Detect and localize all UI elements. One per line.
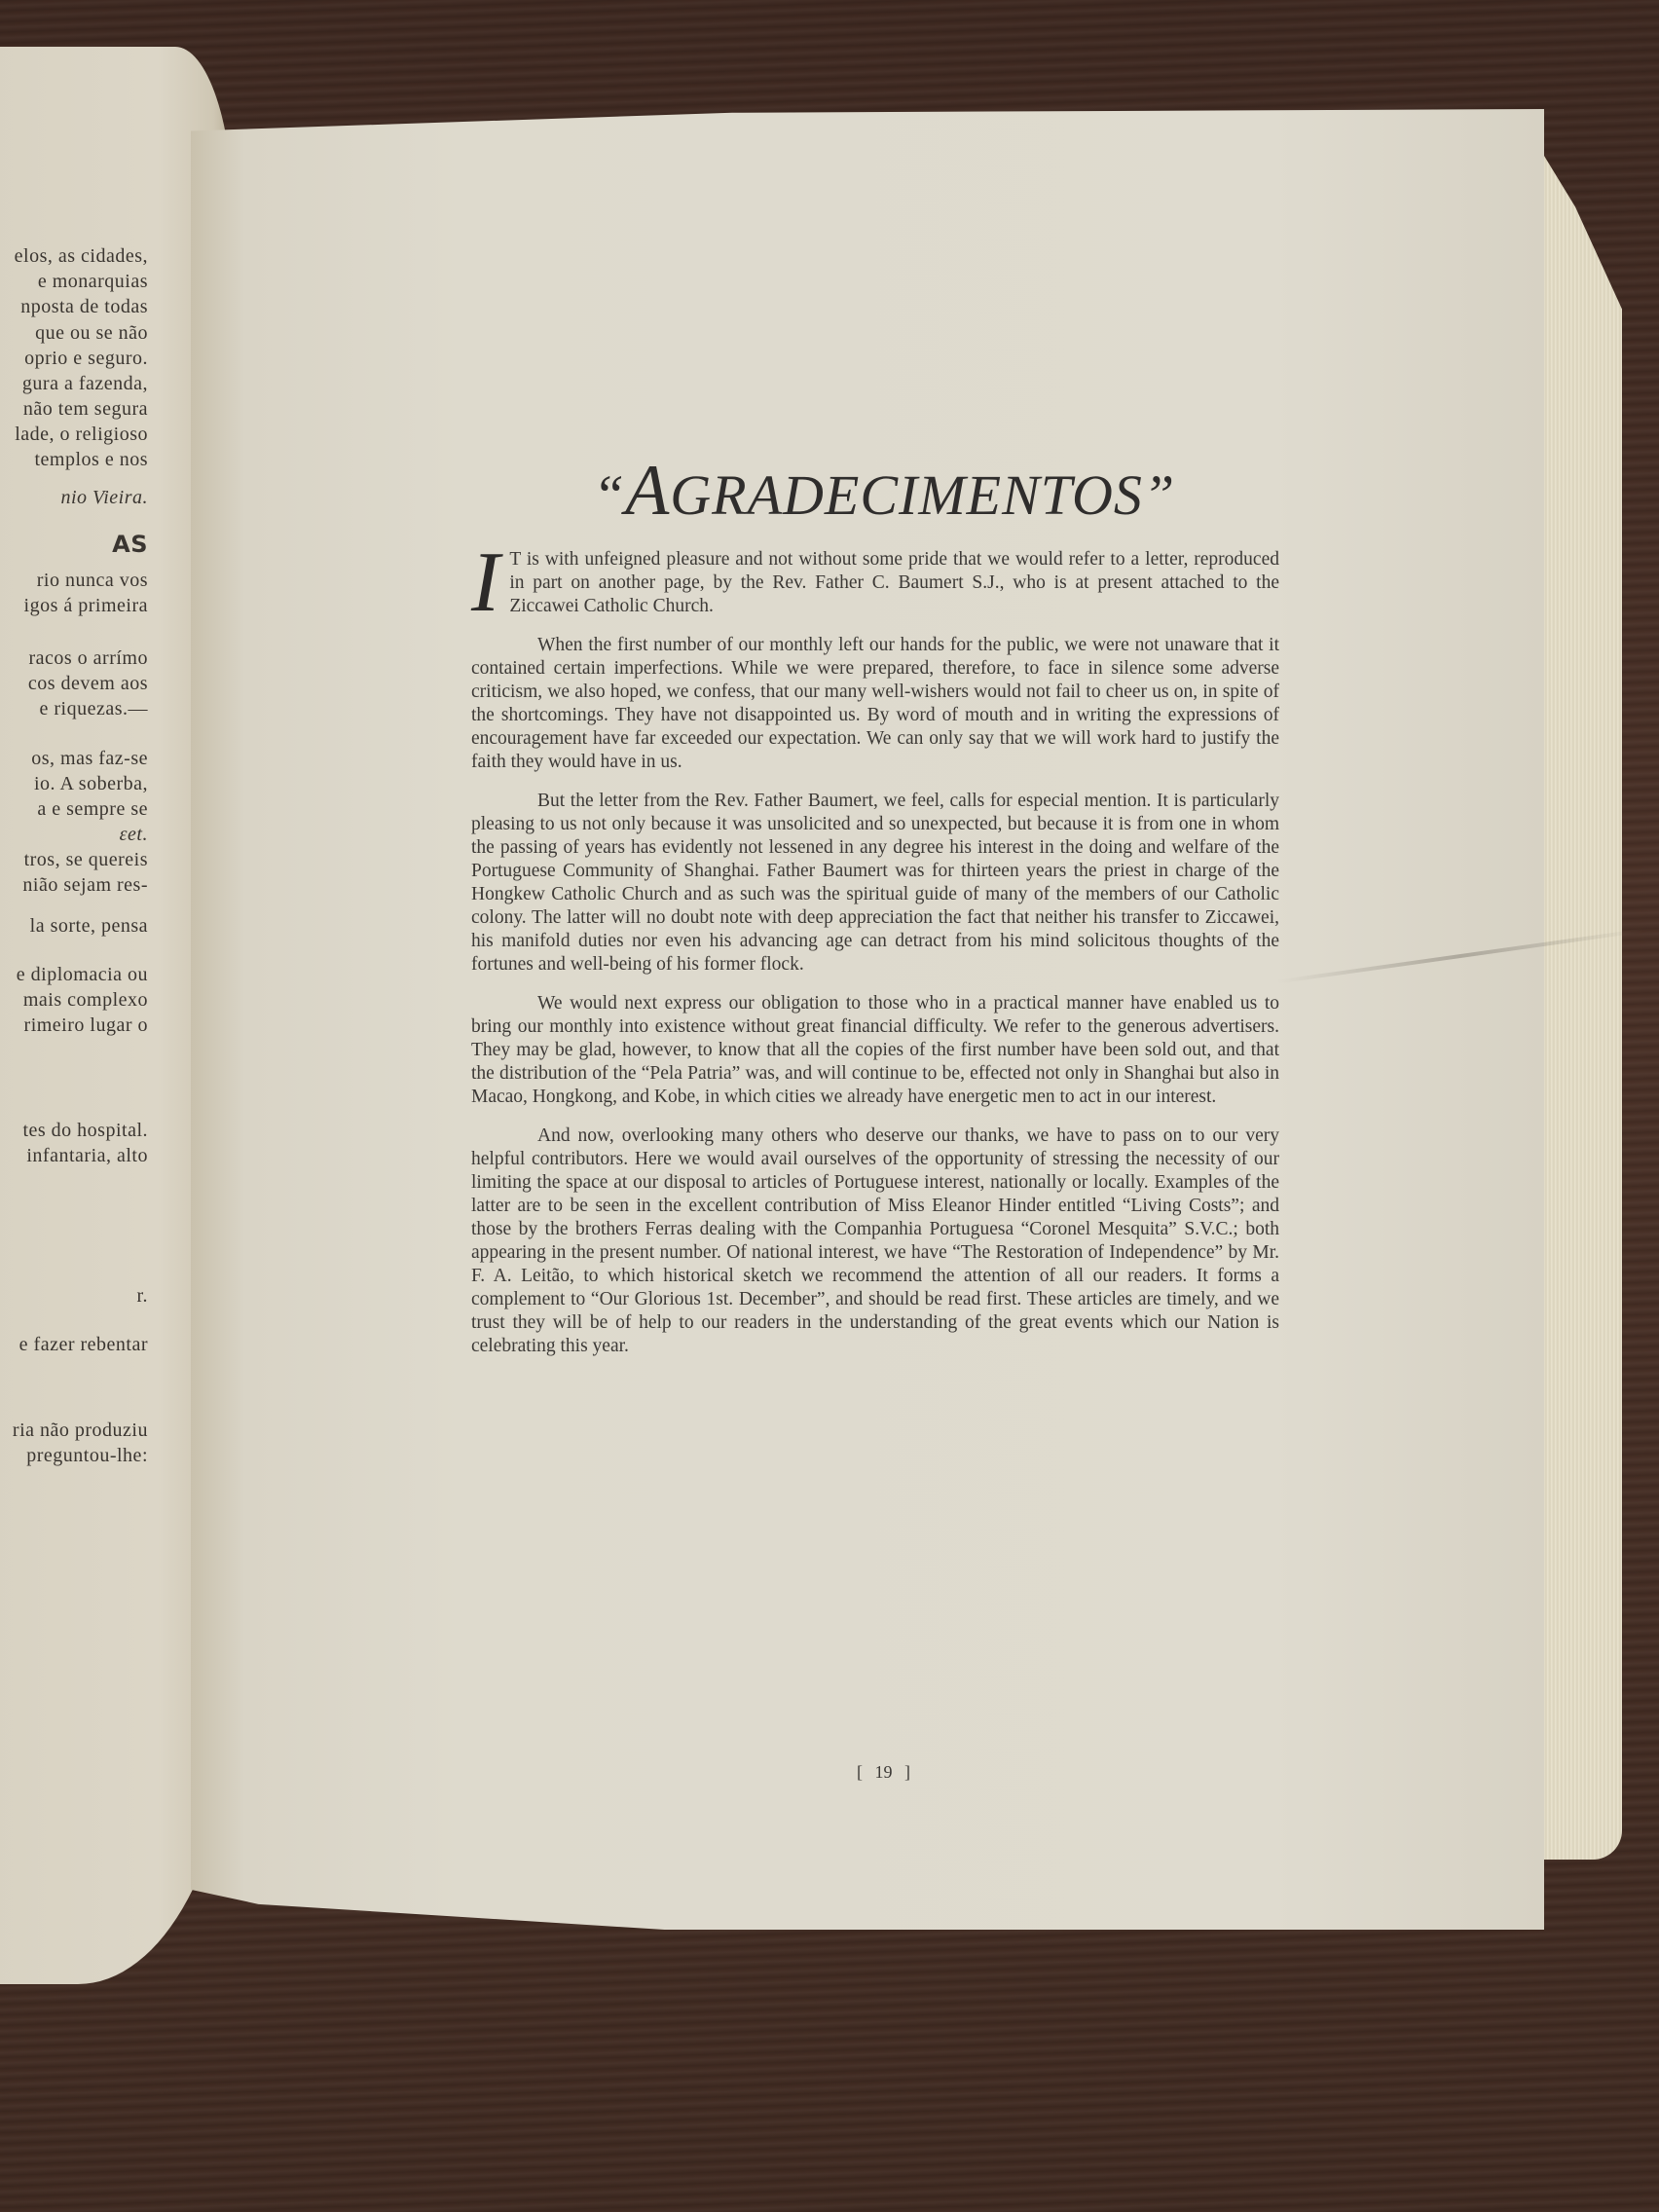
left-page-line: r. bbox=[136, 1285, 148, 1308]
title-initial: A bbox=[625, 451, 670, 531]
left-page-line: gura a fazenda, bbox=[22, 373, 148, 395]
left-page-line: oprio e seguro. bbox=[24, 348, 148, 370]
article-body: IT is with unfeigned pleasure and not wi… bbox=[471, 548, 1279, 1374]
title-close-quote: ” bbox=[1143, 463, 1175, 527]
paragraph-2: When the first number of our monthly lef… bbox=[471, 634, 1279, 774]
left-page-line: ria não produziu bbox=[13, 1419, 148, 1442]
paragraph-5: And now, overlooking many others who des… bbox=[471, 1124, 1279, 1358]
left-page-line: nião sejam res- bbox=[22, 874, 148, 897]
left-page-line: nio Vieira. bbox=[60, 487, 148, 509]
left-page-line: rimeiro lugar o bbox=[24, 1014, 148, 1037]
left-page-line: lade, o religioso bbox=[15, 424, 148, 446]
title-open-quote: “ bbox=[593, 463, 625, 527]
left-page-line: os, mas faz-se bbox=[31, 748, 148, 770]
left-page-line: cos devem aos bbox=[28, 673, 148, 695]
left-page-line: não tem segura bbox=[23, 398, 148, 421]
left-page-line: e monarquias bbox=[38, 271, 148, 293]
paragraph-text: T is with unfeigned pleasure and not wit… bbox=[509, 549, 1279, 616]
left-page-line: nposta de todas bbox=[20, 296, 148, 318]
left-page-line: templos e nos bbox=[35, 449, 149, 471]
left-page-line: e diplomacia ou bbox=[17, 964, 148, 986]
left-page-line: rio nunca vos bbox=[37, 570, 148, 592]
title-rest: GRADECIMENTOS bbox=[670, 463, 1143, 527]
left-page-line: racos o arrímo bbox=[28, 647, 148, 670]
left-page-line: ɛet. bbox=[120, 824, 148, 846]
left-page-line: tes do hospital. bbox=[22, 1120, 148, 1142]
page-edges-stack bbox=[1544, 156, 1622, 1860]
left-page-line: io. A soberba, bbox=[34, 773, 148, 795]
left-page-line: igos á primeira bbox=[24, 595, 148, 617]
paragraph-1: IT is with unfeigned pleasure and not wi… bbox=[471, 548, 1279, 618]
left-page-line: infantaria, alto bbox=[26, 1145, 148, 1167]
left-page-line: e fazer rebentar bbox=[19, 1334, 148, 1356]
left-page-line: que ou se não bbox=[35, 322, 148, 345]
drop-cap: I bbox=[471, 550, 499, 616]
paragraph-4: We would next express our obligation to … bbox=[471, 992, 1279, 1109]
article-title: “AGRADECIMENTOS” bbox=[582, 450, 1186, 533]
left-page-line: mais complexo bbox=[23, 989, 148, 1012]
left-page-line: elos, as cidades, bbox=[15, 245, 148, 268]
page-number: [ 19 ] bbox=[857, 1762, 910, 1783]
left-page-line: preguntou-lhe: bbox=[26, 1445, 148, 1467]
paragraph-3: But the letter from the Rev. Father Baum… bbox=[471, 790, 1279, 977]
left-page-line: e riquezas.— bbox=[39, 698, 148, 720]
left-page-line: AS bbox=[112, 531, 148, 558]
left-page-line: a e sempre se bbox=[37, 798, 148, 821]
left-page-line: la sorte, pensa bbox=[30, 915, 148, 938]
left-page-line: tros, se quereis bbox=[24, 849, 148, 871]
